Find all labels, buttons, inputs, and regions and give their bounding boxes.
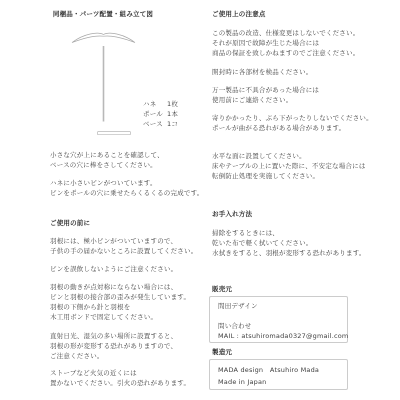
seller-company: 間田デザイン (218, 301, 347, 311)
text-line: ご注意ください。 (50, 351, 177, 361)
text-line: 子供の手の届かないところに設置してください。 (50, 246, 197, 256)
parts-list-item: ベース 1コ (143, 119, 178, 129)
usage-note-paragraph: 寄りかかったり、ぶら下がったりしないでください。ポールが曲がる恐れがある場合があ… (212, 113, 373, 133)
seller-email: MAIL : atsuhiromada0327@gmail.com (218, 331, 347, 341)
text-line: 羽根の形が変形する恐れがありますので、 (50, 341, 177, 351)
part-qty: 1枚 (167, 99, 178, 109)
text-line: 水拭きをすると、羽根が変形する恐れがあります。 (212, 248, 366, 258)
text-line: ストーブなど火気の近くには (50, 368, 190, 378)
text-line: 直射日光、湿気の多い場所に設置すると、 (50, 331, 177, 341)
parts-list: ハネ 1枚 ポール 1本 ベース 1コ (143, 99, 178, 129)
before-use-paragraph: 直射日光、湿気の多い場所に設置すると、羽根の形が変形する恐れがありますので、ご注… (50, 331, 177, 361)
text-line: 寄りかかったり、ぶら下がったりしないでください。 (212, 113, 373, 123)
maker-box-content: MADA design Atsuhiro Mada Made in Japan (210, 360, 347, 387)
text-line: 羽根の下側から針と羽根を (50, 302, 190, 312)
part-qty: 1本 (167, 109, 178, 119)
text-line: それが原因で故障が生じた場合には (212, 38, 359, 48)
text-line: ハネに小さいピンがついています。 (50, 178, 203, 188)
seller-contact-label: 問い合わせ (218, 321, 347, 331)
before-use-paragraph: 羽根の動きが点対称にならない場合には、ピンと羽根の接合部の歪みが発生しています。… (50, 282, 190, 322)
text-line: 小さな穴が上にあることを確認して、 (50, 150, 164, 160)
before-use-paragraph: 羽根には、極小ピンがついていますので、子供の手の届かないところに設置してください… (50, 236, 197, 256)
maker-origin: Made in Japan (218, 377, 347, 387)
text-line: 乾いた布で軽く拭いてください。 (212, 238, 366, 248)
part-name: ポール (143, 109, 167, 119)
text-line: 使用前にご連絡ください。 (212, 95, 319, 105)
text-line: この製品の改造、仕様変更はしないでください。 (212, 28, 359, 38)
text-line: 羽根には、極小ピンがついていますので、 (50, 236, 197, 246)
text-line: 転倒防止処理を実施してください。 (212, 171, 366, 181)
maker-name: MADA design Atsuhiro Mada (218, 365, 347, 375)
before-use-paragraph: ピンを誤飲しないようにご注意ください。 (50, 264, 177, 274)
usage-note-paragraph: 開封時に各部材を検品ください。 (212, 67, 313, 77)
usage-notes-header: ご使用上の注意点 (212, 9, 266, 19)
text-line: 水平な面に設置してください。 (212, 151, 366, 161)
usage-note-paragraph: この製品の改造、仕様変更はしないでください。それが原因で故障が生じた場合には商品… (212, 28, 359, 58)
text-line: 掃除をするときには、 (212, 228, 366, 238)
text-line: ピンを誤飲しないようにご注意ください。 (50, 264, 177, 274)
text-line: 開封時に各部材を検品ください。 (212, 67, 313, 77)
seller-box: 間田デザイン 問い合わせ MAIL : atsuhiromada0327@gma… (209, 296, 348, 343)
text-line: 置かないでください。引火の恐れがあります。 (50, 378, 190, 388)
spacer (218, 311, 347, 321)
parts-list-item: ポール 1本 (143, 109, 178, 119)
usage-note-paragraph: 水平な面に設置してください。床やテーブルの上に置いた際に、不安定な場合には転倒防… (212, 151, 366, 181)
text-line: ポールが曲がる恐れがある場合があります。 (212, 123, 373, 133)
care-header: お手入れ方法 (212, 209, 252, 219)
seller-box-content: 間田デザイン 問い合わせ MAIL : atsuhiromada0327@gma… (210, 297, 347, 341)
usage-note-paragraph: 万一製品に不具合があった場合には使用前にご連絡ください。 (212, 85, 319, 105)
instruction-sheet: 同梱品・パーツ配置・組み立て図 ハネ 1枚 ポール 1本 ベース 1コ 小さな穴… (0, 0, 400, 400)
base-outline (98, 132, 131, 135)
care-paragraph: 掃除をするときには、乾いた布で軽く拭いてください。水拭きをすると、羽根が変形する… (212, 228, 366, 258)
seller-header: 販売元 (212, 284, 232, 294)
parts-list-item: ハネ 1枚 (143, 99, 178, 109)
blade-outline (72, 33, 135, 42)
text-line: 床やテーブルの上に置いた際に、不安定な場合には (212, 161, 366, 171)
part-name: ハネ (143, 99, 167, 109)
text-line: 羽根の動きが点対称にならない場合には、 (50, 282, 190, 292)
before-use-paragraph: ストーブなど火気の近くには置かないでください。引火の恐れがあります。 (50, 368, 190, 388)
part-name: ベース (143, 119, 167, 129)
text-line: 万一製品に不具合があった場合には (212, 85, 319, 95)
text-line: 木工用ボンドで固定してください。 (50, 312, 190, 322)
text-line: ベースの穴に棒をさしてください。 (50, 160, 164, 170)
part-qty: 1コ (167, 119, 178, 129)
assembly-step-paragraph: ハネに小さいピンがついています。ピンをポールの穴に乗せたらくるくるの完成です。 (50, 178, 203, 198)
text-line: ピンをポールの穴に乗せたらくるくるの完成です。 (50, 188, 203, 198)
assembly-step-paragraph: 小さな穴が上にあることを確認して、ベースの穴に棒をさしてください。 (50, 150, 164, 170)
maker-box: MADA design Atsuhiro Mada Made in Japan (209, 359, 348, 390)
maker-header: 製造元 (212, 347, 232, 357)
diagram-title: 同梱品・パーツ配置・組み立て図 (48, 9, 158, 19)
text-line: 商品の保証を致しかねますのでご注意ください。 (212, 48, 359, 58)
text-line: ピンと羽根の接合部の歪みが発生しています。 (50, 292, 190, 302)
before-use-header: ご使用の前に (50, 218, 90, 228)
